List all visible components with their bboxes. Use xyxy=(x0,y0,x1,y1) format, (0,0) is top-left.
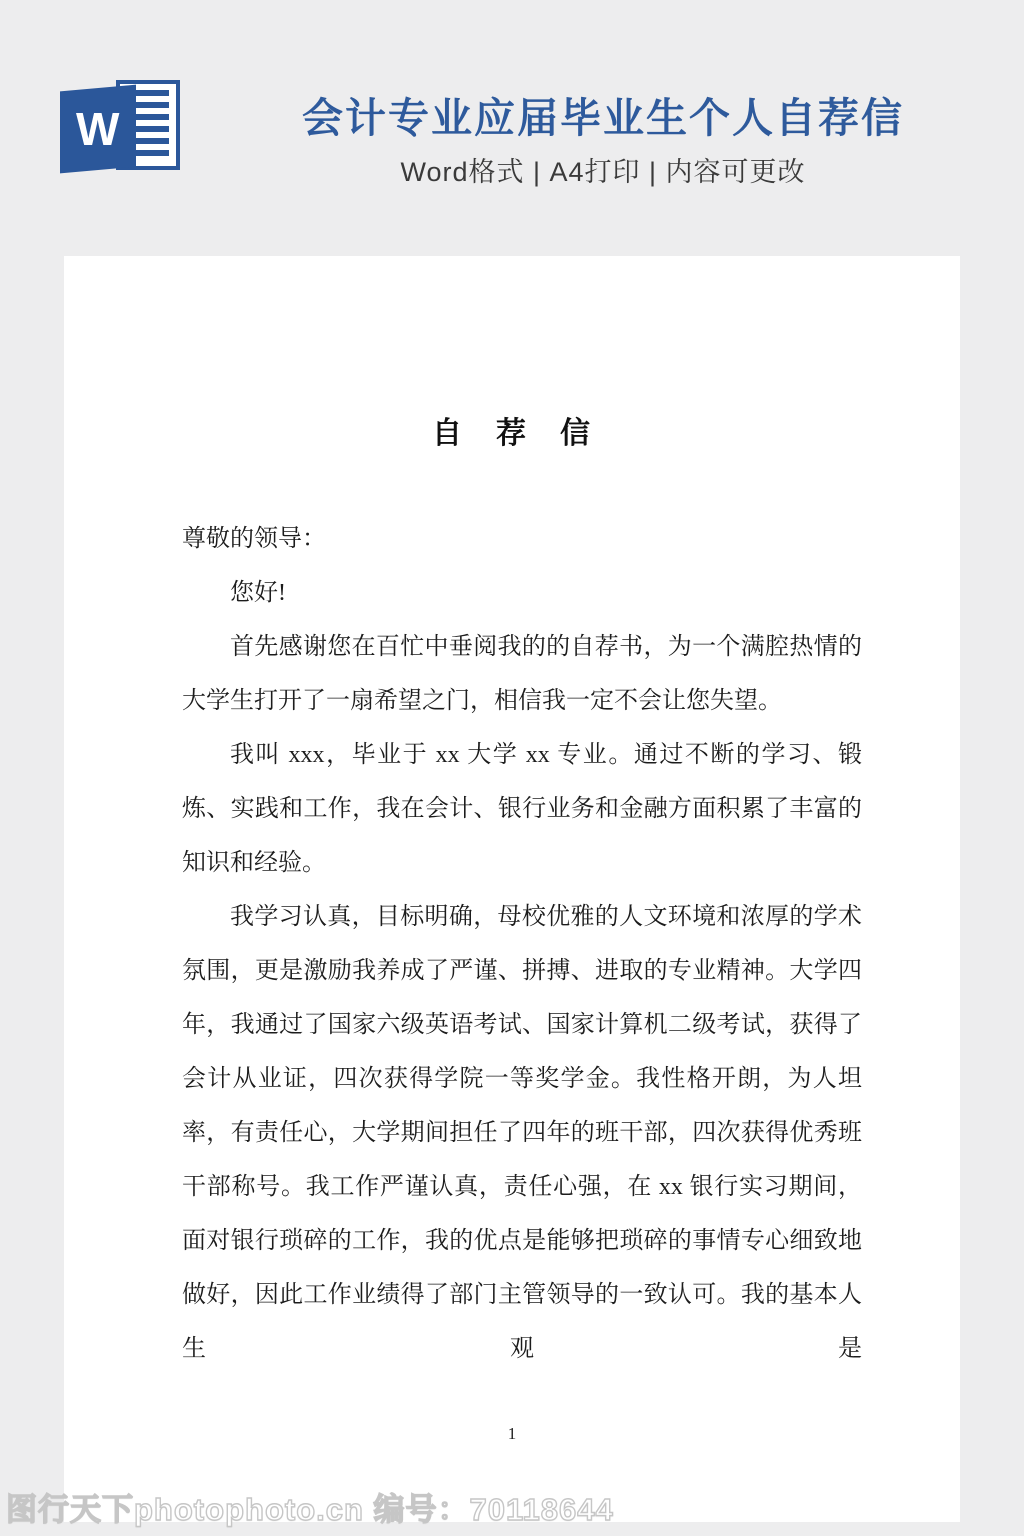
watermark: 图行天下photophoto.cn 编号：70118644 xyxy=(6,1484,614,1529)
page-background: W 会计专业应届毕业生个人自荐信 Word格式 | A4打印 | 内容可更改 自… xyxy=(0,0,1024,1536)
paragraph-achievements: 我学习认真，目标明确，母校优雅的人文环境和浓厚的学术氛围，更是激励我养成了严谨、… xyxy=(182,890,862,1376)
template-subtitle: Word格式 | A4打印 | 内容可更改 xyxy=(182,156,1024,188)
header-text: 会计专业应届毕业生个人自荐信 Word格式 | A4打印 | 内容可更改 xyxy=(182,92,1024,188)
page-number: 1 xyxy=(64,1424,960,1444)
header: W 会计专业应届毕业生个人自荐信 Word格式 | A4打印 | 内容可更改 xyxy=(0,0,1024,256)
word-icon-letter: W xyxy=(76,106,119,152)
document-page: 自 荐 信 尊敬的领导： 您好! 首先感谢您在百忙中垂阅我的的自荐书，为一个满腔… xyxy=(64,256,960,1522)
document-title: 自 荐 信 xyxy=(64,408,960,452)
paragraph-greeting: 您好! xyxy=(182,566,862,620)
paragraph-background: 我叫 xxx，毕业于 xx 大学 xx 专业。通过不断的学习、锻炼、实践和工作，… xyxy=(182,728,862,890)
word-icon-panel: W xyxy=(60,85,136,174)
template-title: 会计专业应届毕业生个人自荐信 xyxy=(182,92,1024,144)
salutation: 尊敬的领导： xyxy=(182,512,862,566)
word-icon: W xyxy=(60,76,182,180)
paragraph-intro: 首先感谢您在百忙中垂阅我的的自荐书，为一个满腔热情的大学生打开了一扇希望之门，相… xyxy=(182,620,862,728)
document-body: 尊敬的领导： 您好! 首先感谢您在百忙中垂阅我的的自荐书，为一个满腔热情的大学生… xyxy=(182,512,862,1376)
